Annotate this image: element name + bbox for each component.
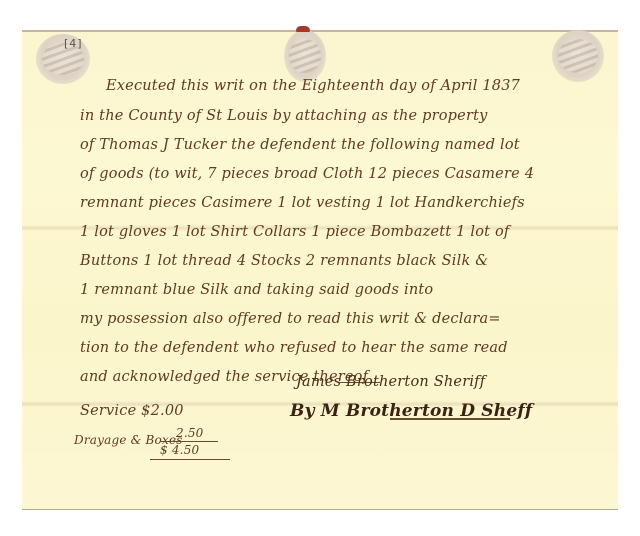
signature-underline — [390, 418, 510, 420]
body-line: remnant pieces Casimere 1 lot vesting 1 … — [80, 195, 525, 211]
body-line: 1 lot gloves 1 lot Shirt Collars 1 piece… — [80, 224, 509, 240]
body-line: in the County of St Louis by attaching a… — [80, 108, 488, 124]
body-line: of goods (to wit, 7 pieces broad Cloth 1… — [80, 166, 534, 182]
wax-seal-impression-right — [552, 30, 604, 82]
body-line: my possession also offered to read this … — [80, 311, 501, 327]
body-line: 1 remnant blue Silk and taking said good… — [80, 282, 433, 298]
body-line: of Thomas J Tucker the defendent the fol… — [80, 137, 520, 153]
total-underline — [150, 459, 230, 460]
body-line: tion to the defendent who refused to hea… — [80, 340, 508, 356]
sum-rule — [160, 441, 218, 442]
body-line: Executed this writ on the Eighteenth day… — [106, 78, 520, 94]
folio-number: [4] — [64, 37, 83, 50]
service-fee: Service $2.00 — [80, 403, 184, 419]
fee-total: $ 4.50 — [160, 443, 199, 457]
sheriff-signature-text: James Brotherton Sheriff — [296, 374, 485, 390]
wax-seal-impression-center — [284, 30, 326, 82]
drayage-amount: 2.50 — [176, 426, 204, 440]
body-line: Buttons 1 lot thread 4 Stocks 2 remnants… — [80, 253, 488, 269]
red-wax-remnant — [296, 26, 310, 32]
